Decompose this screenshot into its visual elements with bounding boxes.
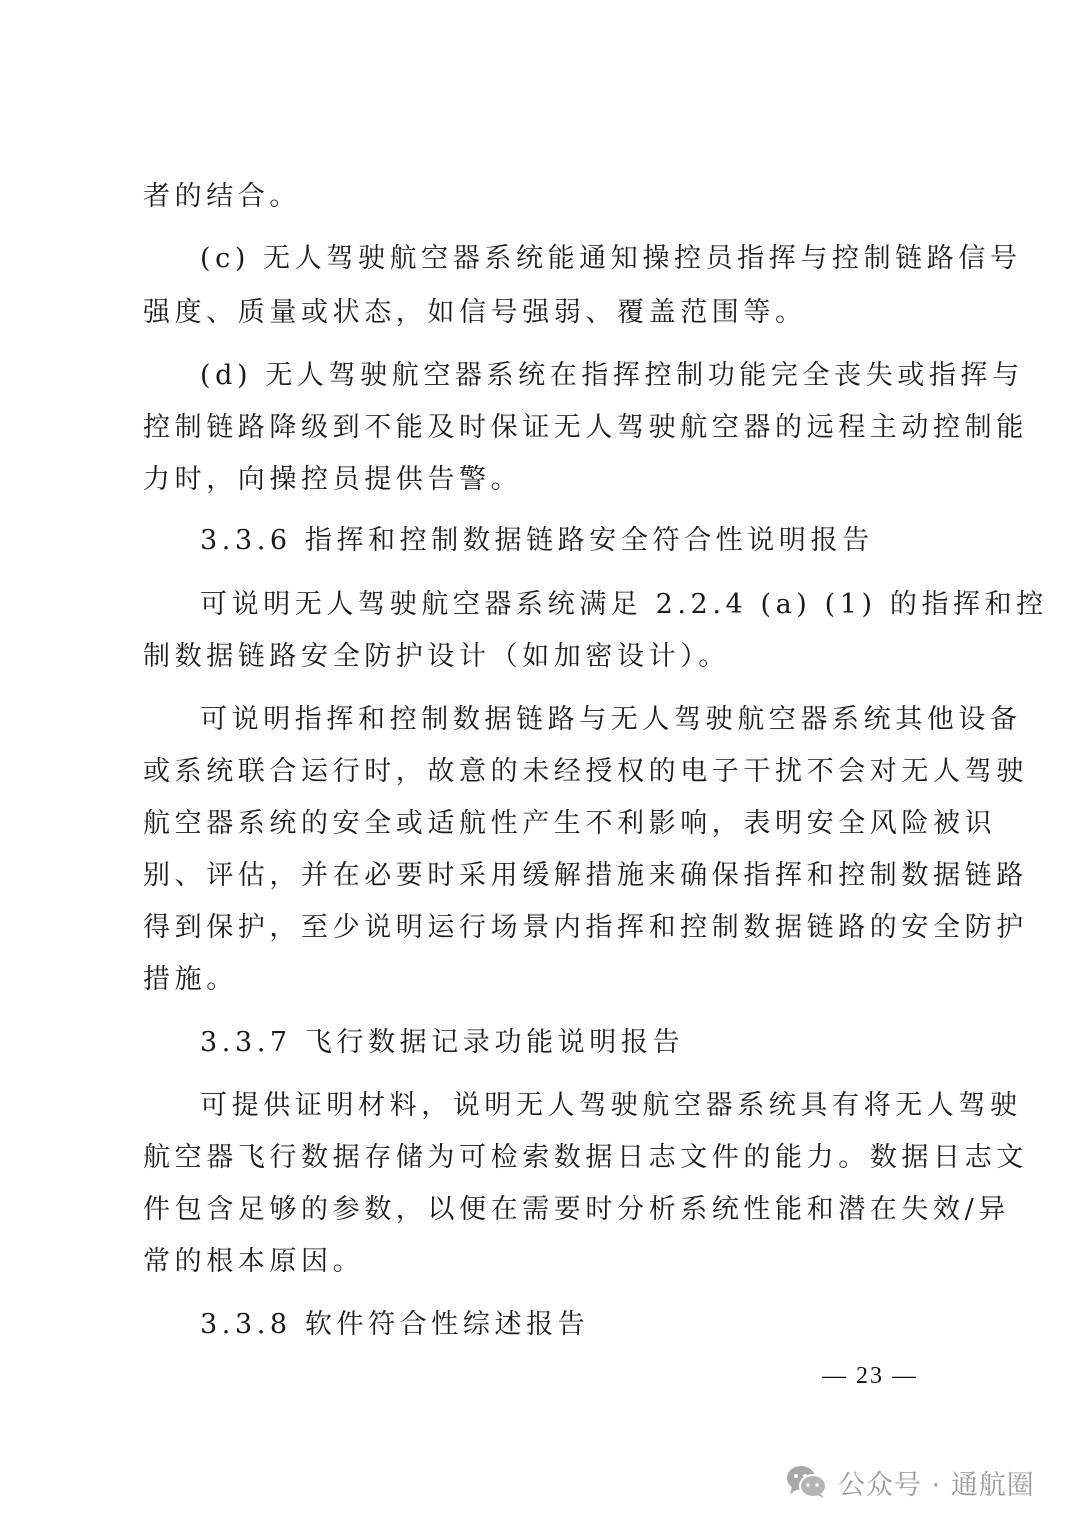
text-line: 得到保护，至少说明运行场景内指挥和控制数据链路的安全防护 — [143, 911, 943, 945]
text-line: 航空器飞行数据存储为可检索数据日志文件的能力。数据日志文 — [143, 1141, 943, 1175]
text-line: 可说明无人驾驶航空器系统满足 2.2.4 (a) (1) 的指挥和控 — [200, 588, 1000, 622]
text-line: 航空器系统的安全或适航性产生不利影响，表明安全风险被识 — [143, 807, 943, 841]
text-line: 者的结合。 — [143, 180, 943, 214]
text-line: 别、评估，并在必要时采用缓解措施来确保指挥和控制数据链路 — [143, 859, 943, 893]
watermark-text: 公众号 · 通航圈 — [838, 1463, 1035, 1502]
text-line: 3.3.8 软件符合性综述报告 — [200, 1308, 1000, 1342]
page-number: — 23 — — [822, 1360, 918, 1392]
watermark: 公众号 · 通航圈 — [786, 1462, 1035, 1502]
text-line: 常的根本原因。 — [143, 1245, 943, 1279]
text-line: 或系统联合运行时，故意的未经授权的电子干扰不会对无人驾驶 — [143, 755, 943, 789]
wechat-icon — [786, 1465, 828, 1499]
document-page: 者的结合。(c) 无人驾驶航空器系统能通知操控员指挥与控制链路信号强度、质量或状… — [0, 0, 1080, 1526]
text-line: 可说明指挥和控制数据链路与无人驾驶航空器系统其他设备 — [200, 703, 1000, 737]
text-line: (d) 无人驾驶航空器系统在指挥控制功能完全丧失或指挥与 — [200, 359, 1000, 393]
text-line: 件包含足够的参数，以便在需要时分析系统性能和潜在失效/异 — [143, 1193, 943, 1227]
text-line: 3.3.6 指挥和控制数据链路安全符合性说明报告 — [200, 524, 1000, 558]
text-line: 措施。 — [143, 963, 943, 997]
text-line: 强度、质量或状态，如信号强弱、覆盖范围等。 — [143, 296, 943, 330]
text-line: 3.3.7 飞行数据记录功能说明报告 — [200, 1026, 1000, 1060]
text-line: 制数据链路安全防护设计（如加密设计）。 — [143, 640, 943, 674]
text-line: 控制链路降级到不能及时保证无人驾驶航空器的远程主动控制能 — [143, 411, 943, 445]
text-line: 力时，向操控员提供告警。 — [143, 463, 943, 497]
text-line: (c) 无人驾驶航空器系统能通知操控员指挥与控制链路信号 — [200, 242, 1000, 276]
text-line: 可提供证明材料，说明无人驾驶航空器系统具有将无人驾驶 — [200, 1089, 1000, 1123]
